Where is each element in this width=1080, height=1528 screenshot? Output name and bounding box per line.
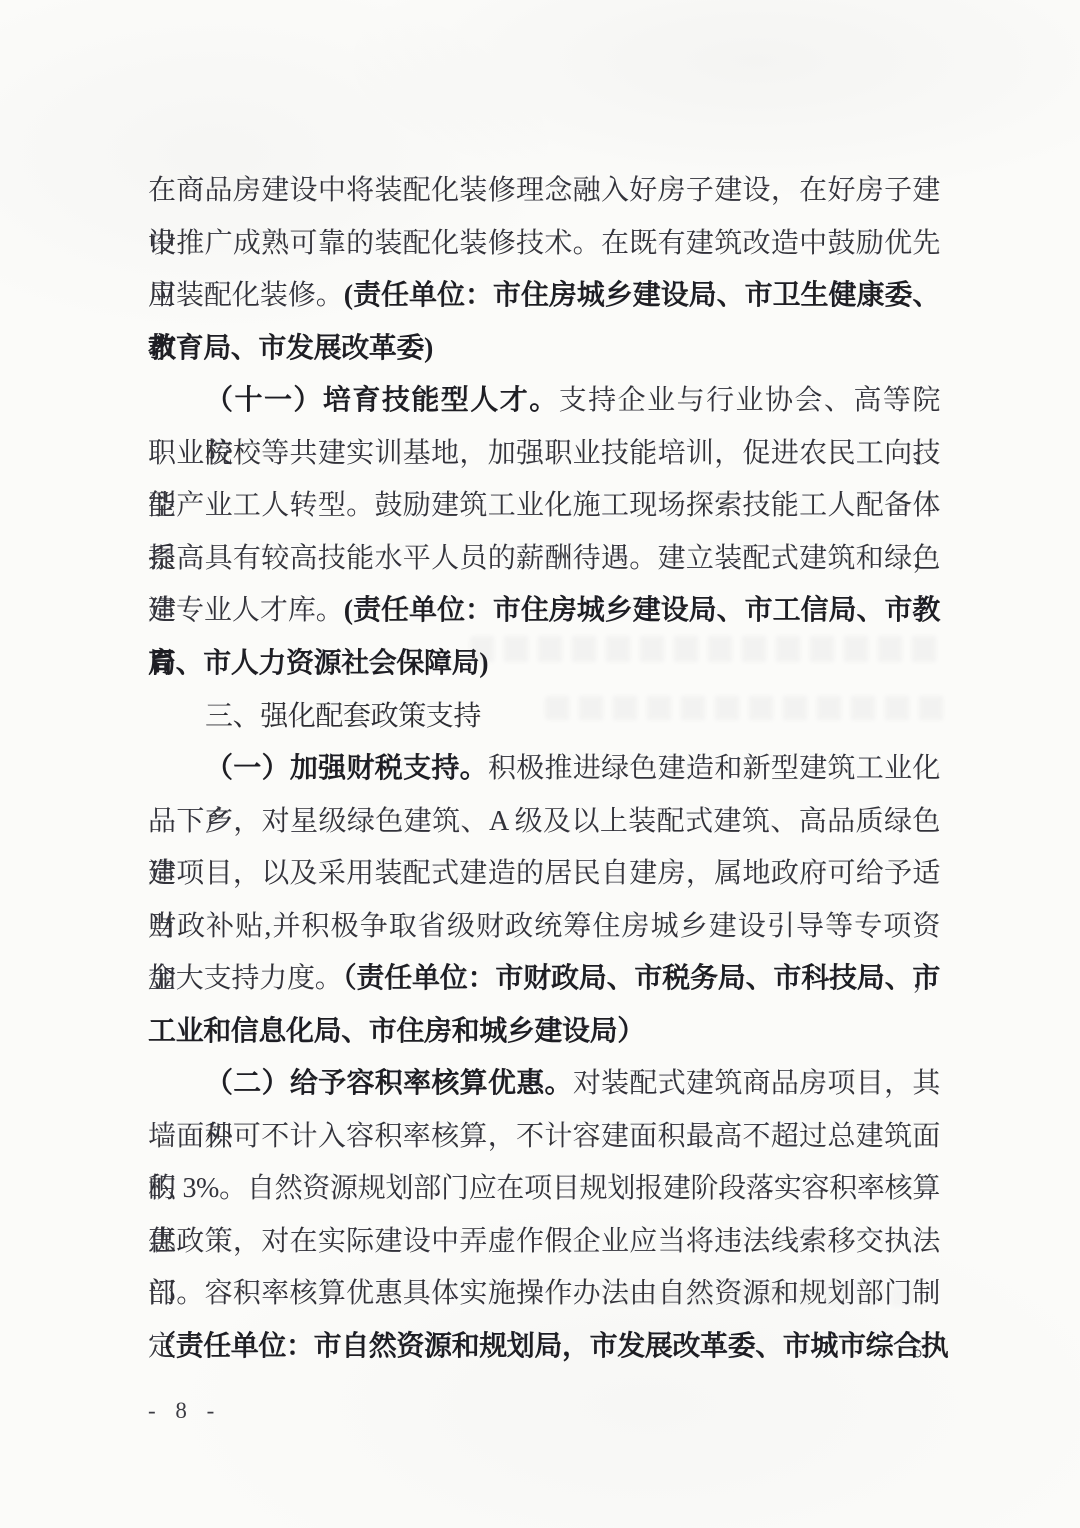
text-line: 的 3%。自然资源规划部门应在项目规划报建阶段落实容积率核算优 (148, 1163, 940, 1216)
text-line: 型产业工人转型。鼓励建筑工业化施工现场探索技能工人配备体系， (148, 480, 940, 533)
text-line: 中推广成熟可靠的装配化装修技术。在既有建筑改造中鼓励优先应 (148, 218, 940, 271)
text-line: 惠政策，对在实际建设中弄虚作假企业应当将违法线索移交执法部 (148, 1216, 940, 1269)
emphasis-text-run: 局、市人力资源社会保障局) (148, 648, 488, 679)
text-line: 造项目，以及采用装配式建造的居民自建房，属地政府可给予适当 (148, 848, 940, 901)
text-line: （一）加强财税支持。积极推进绿色建造和新型建筑工业化产 (148, 743, 940, 796)
emphasis-text-run: （责任单位：市自然资源和规划局，市发展改革委、市城市综合执 (148, 1331, 948, 1362)
text-run: 用装配化装修。 (148, 280, 344, 311)
text-line: 品下乡，对星级绿色建筑、A 级及以上装配式建筑、高品质绿色建 (148, 796, 940, 849)
emphasis-text-run: （二）给予容积率核算优惠。 (205, 1068, 573, 1099)
text-line: 加大支持力度。（责任单位：市财政局、市税务局、市科技局、市 (148, 953, 940, 1006)
text-line: 造专业人才库。(责任单位：市住房城乡建设局、市工信局、市教育 (148, 585, 940, 638)
text-line: 职业院校等共建实训基地，加强职业技能培训，促进农民工向技能 (148, 428, 940, 481)
emphasis-text-run: （十一）培育技能型人才。 (205, 385, 559, 416)
text-line: 局、市人力资源社会保障局) (148, 638, 940, 691)
text-line: 在商品房建设中将装配化装修理念融入好房子建设，在好房子建设 (148, 165, 940, 218)
document-body: 在商品房建设中将装配化装修理念融入好房子建设，在好房子建设中推广成熟可靠的装配化… (148, 165, 940, 1374)
page-number: - 8 - (148, 1398, 221, 1424)
text-line: （二）给予容积率核算优惠。对装配式建筑商品房项目，其外 (148, 1058, 940, 1111)
text-line: 用装配化装修。(责任单位：市住房城乡建设局、市卫生健康委、市 (148, 270, 940, 323)
text-run: 加大支持力度。 (148, 963, 343, 994)
emphasis-text-run: 工业和信息化局、市住房和城乡建设局） (148, 1016, 645, 1047)
text-line: 工业和信息化局、市住房和城乡建设局） (148, 1006, 940, 1059)
text-line: 三、强化配套政策支持 (148, 690, 940, 743)
scanned-document-page: 在商品房建设中将装配化装修理念融入好房子建设，在好房子建设中推广成熟可靠的装配化… (0, 0, 1080, 1528)
text-run: 造专业人才库。 (148, 595, 344, 626)
emphasis-text-run: 三、强化配套政策支持 (205, 700, 481, 731)
text-line: 提高具有较高技能水平人员的薪酬待遇。建立装配式建筑和绿色建 (148, 533, 940, 586)
text-line: 门。容积率核算优惠具体实施操作办法由自然资源和规划部门制定。 (148, 1268, 940, 1321)
text-line: 教育局、市发展改革委) (148, 323, 940, 376)
emphasis-text-run: （一）加强财税支持。 (205, 753, 488, 784)
emphasis-text-run: （责任单位：市财政局、市税务局、市科技局、市 (343, 963, 940, 994)
text-line: 墙面积可不计入容积率核算，不计容建面积最高不超过总建筑面积 (148, 1111, 940, 1164)
emphasis-text-run: 教育局、市发展改革委) (148, 333, 433, 364)
text-line: （责任单位：市自然资源和规划局，市发展改革委、市城市综合执 (148, 1321, 940, 1374)
text-line: 财政补贴,并积极争取省级财政统筹住房城乡建设引导等专项资金， (148, 901, 940, 954)
text-line: （十一）培育技能型人才。支持企业与行业协会、高等院校、 (148, 375, 940, 428)
